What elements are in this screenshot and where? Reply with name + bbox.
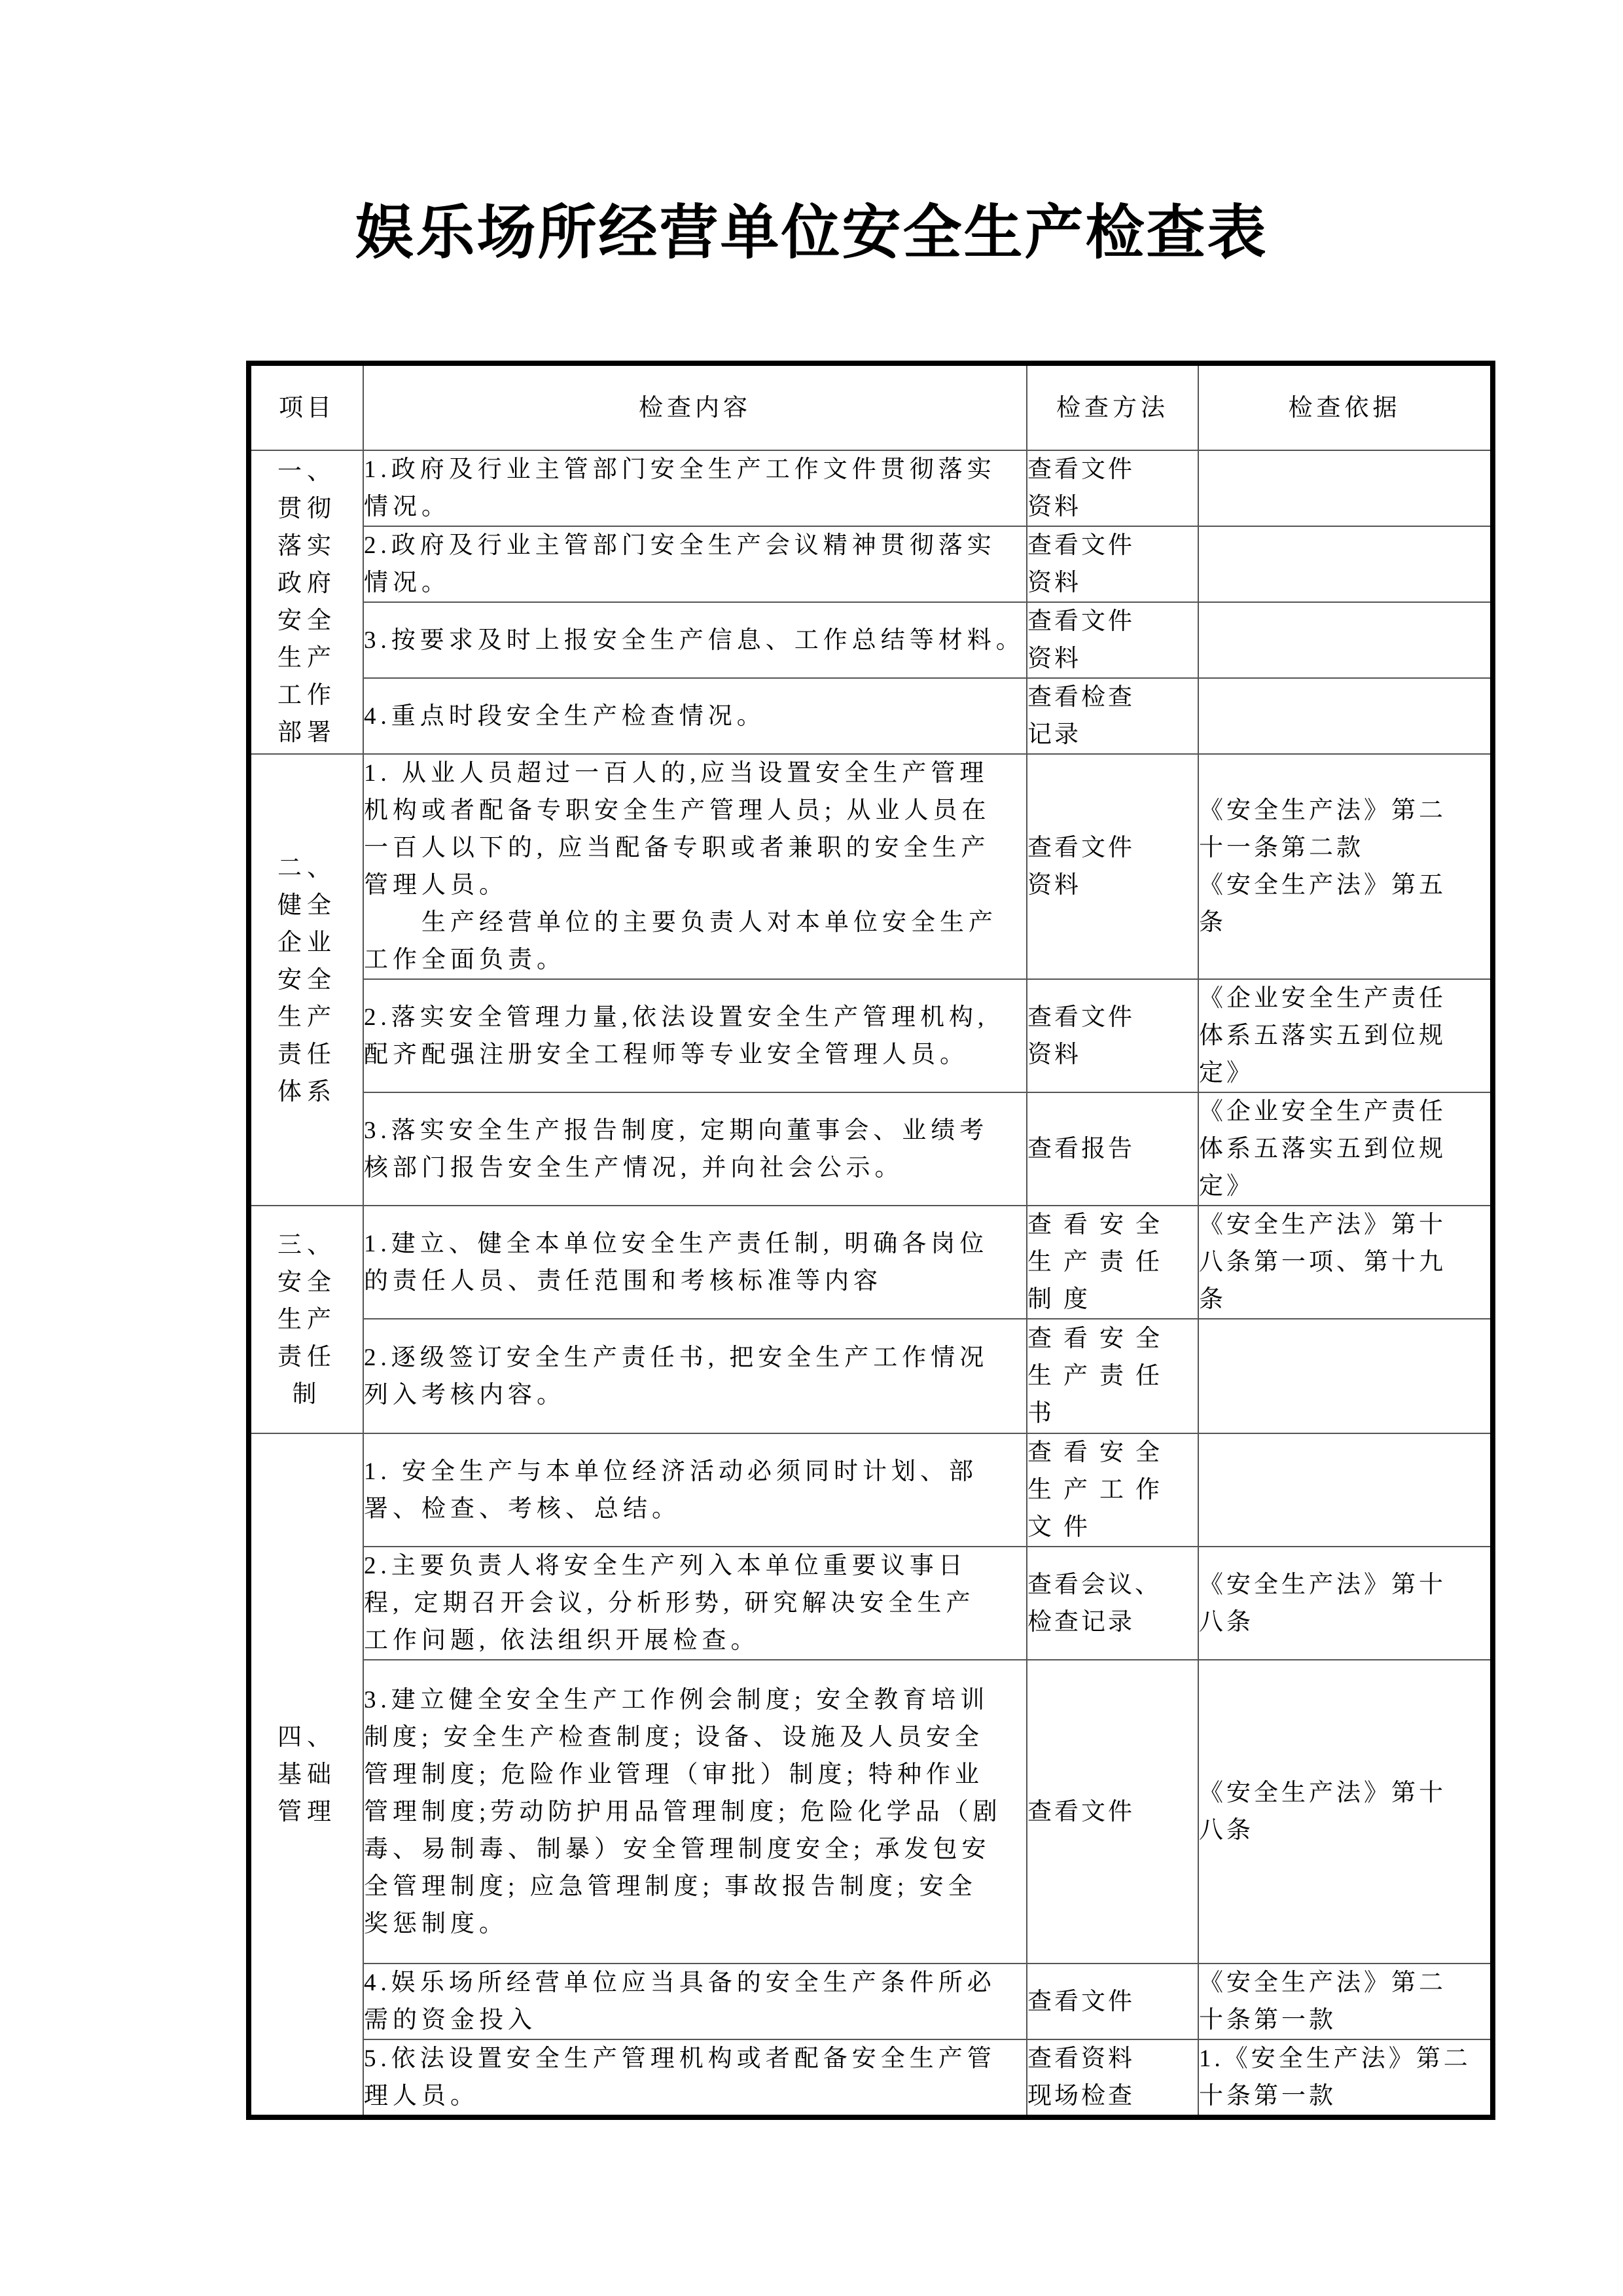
basis-cell-2-3: 《企业安全生产责任 体系五落实五到位规 定》 [1198, 1092, 1493, 1206]
header-cell-item: 项目 [249, 363, 363, 450]
basis-cell-4-5: 1.《安全生产法》第二 十条第一款 [1198, 2039, 1493, 2117]
table-row: 2.逐级签订安全生产责任书, 把安全生产工作情况 列入考核内容。 查看安全 生产… [249, 1319, 1493, 1433]
table-row: 2.政府及行业主管部门安全生产会议精神贯彻落实 情况。 查看文件 资料 [249, 526, 1493, 602]
method-cell-3-1: 查看安全 生产责任 制度 [1027, 1206, 1198, 1319]
basis-cell-1-4 [1198, 678, 1493, 754]
content-cell-2-3: 3.落实安全生产报告制度, 定期向董事会、业绩考 核部门报告安全生产情况, 并向… [363, 1092, 1027, 1206]
table-row: 3.落实安全生产报告制度, 定期向董事会、业绩考 核部门报告安全生产情况, 并向… [249, 1092, 1493, 1206]
table-row: 一、 贯彻 落实 政府 安全 生产 工作 部署 1.政府及行业主管部门安全生产工… [249, 450, 1493, 526]
basis-cell-1-3 [1198, 602, 1493, 678]
method-cell-3-2: 查看安全 生产责任 书 [1027, 1319, 1198, 1433]
table-row: 4.娱乐场所经营单位应当具备的安全生产条件所必 需的资金投入 查看文件 《安全生… [249, 1964, 1493, 2039]
basis-cell-4-2: 《安全生产法》第十 八条 [1198, 1547, 1493, 1660]
content-cell-4-5: 5.依法设置安全生产管理机构或者配备安全生产管 理人员。 [363, 2039, 1027, 2117]
table-row: 二、 健全 企业 安全 生产 责任 体系 1. 从业人员超过一百人的,应当设置安… [249, 754, 1493, 979]
content-cell-1-3: 3.按要求及时上报安全生产信息、工作总结等材料。 [363, 602, 1027, 678]
content-cell-2-1: 1. 从业人员超过一百人的,应当设置安全生产管理 机构或者配备专职安全生产管理人… [363, 754, 1027, 979]
header-cell-basis: 检查依据 [1198, 363, 1493, 450]
method-cell-1-3: 查看文件 资料 [1027, 602, 1198, 678]
method-cell-4-2: 查看会议、 检查记录 [1027, 1547, 1198, 1660]
method-cell-4-3: 查看文件 [1027, 1660, 1198, 1964]
method-cell-2-2: 查看文件 资料 [1027, 979, 1198, 1092]
basis-cell-2-1: 《安全生产法》第二 十一条第二款 《安全生产法》第五 条 [1198, 754, 1493, 979]
basis-cell-3-1: 《安全生产法》第十 八条第一项、第十九 条 [1198, 1206, 1493, 1319]
method-cell-1-2: 查看文件 资料 [1027, 526, 1198, 602]
basis-cell-2-2: 《企业安全生产责任 体系五落实五到位规 定》 [1198, 979, 1493, 1092]
content-cell-4-4: 4.娱乐场所经营单位应当具备的安全生产条件所必 需的资金投入 [363, 1964, 1027, 2039]
section-label-2: 二、 健全 企业 安全 生产 责任 体系 [249, 754, 363, 1206]
content-cell-4-2: 2.主要负责人将安全生产列入本单位重要议事日 程, 定期召开会议, 分析形势, … [363, 1547, 1027, 1660]
table-row: 三、 安全 生产 责任 制 1.建立、健全本单位安全生产责任制, 明确各岗位 的… [249, 1206, 1493, 1319]
table-row: 5.依法设置安全生产管理机构或者配备安全生产管 理人员。 查看资料 现场检查 1… [249, 2039, 1493, 2117]
basis-cell-1-2 [1198, 526, 1493, 602]
basis-cell-4-1 [1198, 1433, 1493, 1547]
basis-cell-1-1 [1198, 450, 1493, 526]
content-cell-1-1: 1.政府及行业主管部门安全生产工作文件贯彻落实 情况。 [363, 450, 1027, 526]
content-cell-4-1: 1. 安全生产与本单位经济活动必须同时计划、部 署、检查、考核、总结。 [363, 1433, 1027, 1547]
method-cell-4-5: 查看资料 现场检查 [1027, 2039, 1198, 2117]
section-label-3: 三、 安全 生产 责任 制 [249, 1206, 363, 1433]
document-page: 娱乐场所经营单位安全生产检查表 项目 检查内容 检查方法 检查依据 一、 贯彻 … [0, 0, 1623, 2296]
content-cell-3-1: 1.建立、健全本单位安全生产责任制, 明确各岗位 的责任人员、责任范围和考核标准… [363, 1206, 1027, 1319]
content-cell-3-2: 2.逐级签订安全生产责任书, 把安全生产工作情况 列入考核内容。 [363, 1319, 1027, 1433]
table-row: 四、 基础 管理 1. 安全生产与本单位经济活动必须同时计划、部 署、检查、考核… [249, 1433, 1493, 1547]
method-cell-1-4: 查看检查 记录 [1027, 678, 1198, 754]
header-cell-content: 检查内容 [363, 363, 1027, 450]
method-cell-2-3: 查看报告 [1027, 1092, 1198, 1206]
section-label-4: 四、 基础 管理 [249, 1433, 363, 2117]
inspection-table: 项目 检查内容 检查方法 检查依据 一、 贯彻 落实 政府 安全 生产 工作 部… [246, 361, 1495, 2120]
method-cell-4-4: 查看文件 [1027, 1964, 1198, 2039]
table-header-row: 项目 检查内容 检查方法 检查依据 [249, 363, 1493, 450]
content-cell-1-2: 2.政府及行业主管部门安全生产会议精神贯彻落实 情况。 [363, 526, 1027, 602]
header-cell-method: 检查方法 [1027, 363, 1198, 450]
content-cell-4-3: 3.建立健全安全生产工作例会制度; 安全教育培训 制度; 安全生产检查制度; 设… [363, 1660, 1027, 1964]
basis-cell-3-2 [1198, 1319, 1493, 1433]
table-row: 4.重点时段安全生产检查情况。 查看检查 记录 [249, 678, 1493, 754]
page-title: 娱乐场所经营单位安全生产检查表 [0, 0, 1623, 267]
table-row: 2.落实安全管理力量,依法设置安全生产管理机构, 配齐配强注册安全工程师等专业安… [249, 979, 1493, 1092]
content-cell-1-4: 4.重点时段安全生产检查情况。 [363, 678, 1027, 754]
method-cell-4-1: 查看安全 生产工作 文件 [1027, 1433, 1198, 1547]
table-row: 3.按要求及时上报安全生产信息、工作总结等材料。 查看文件 资料 [249, 602, 1493, 678]
method-cell-2-1: 查看文件 资料 [1027, 754, 1198, 979]
basis-cell-4-3: 《安全生产法》第十 八条 [1198, 1660, 1493, 1964]
section-label-1: 一、 贯彻 落实 政府 安全 生产 工作 部署 [249, 450, 363, 754]
table-row: 3.建立健全安全生产工作例会制度; 安全教育培训 制度; 安全生产检查制度; 设… [249, 1660, 1493, 1964]
method-cell-1-1: 查看文件 资料 [1027, 450, 1198, 526]
table-row: 2.主要负责人将安全生产列入本单位重要议事日 程, 定期召开会议, 分析形势, … [249, 1547, 1493, 1660]
content-cell-2-2: 2.落实安全管理力量,依法设置安全生产管理机构, 配齐配强注册安全工程师等专业安… [363, 979, 1027, 1092]
basis-cell-4-4: 《安全生产法》第二 十条第一款 [1198, 1964, 1493, 2039]
